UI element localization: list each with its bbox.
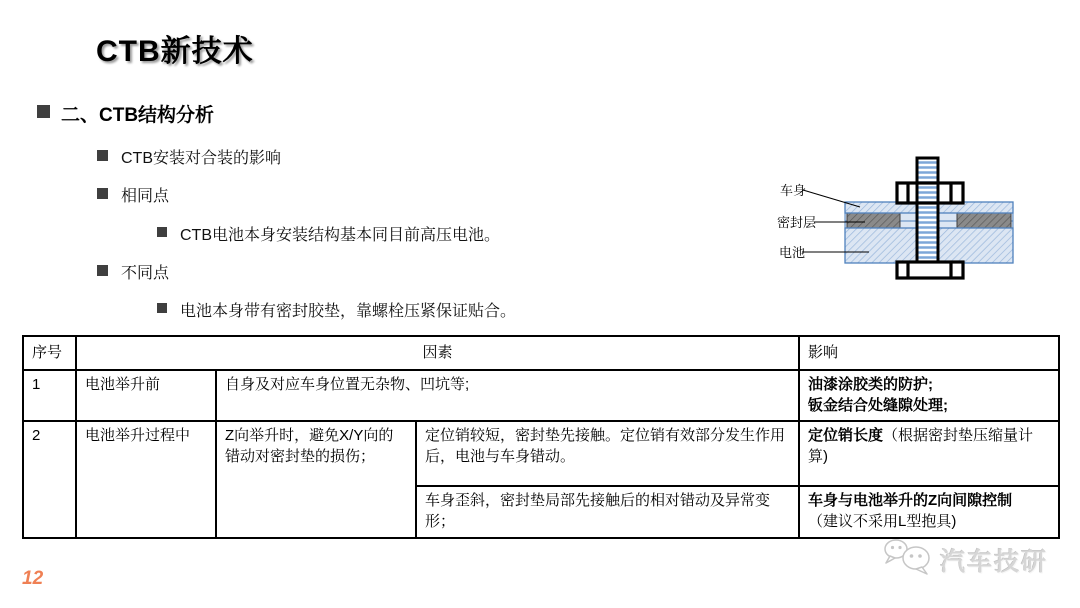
seal-strip-right [957,213,1011,228]
bullet-square-icon [97,150,108,161]
bullet-item: CTB安装对合装的影响 [97,145,281,168]
bullet-square-icon [157,303,167,313]
header-cell-factor: 因素 [76,336,799,370]
cell-row2-stage: 电池举升过程中 [76,421,216,538]
label-seal-layer: 密封层 [777,215,816,230]
section-heading: 二、CTB结构分析 [61,100,214,127]
bullet-item: 不同点 [97,260,169,283]
impact-bold: 车身与电池举升的Z向间隙控制 [808,491,1050,512]
impact-line: 油漆涂胶类的防护; [808,375,1050,396]
label-battery: 电池 [779,245,805,260]
ctb-bolt-seal-diagram: 车身 密封层 电池 [770,145,1022,285]
bullet-item: 电池本身带有密封胶垫，靠螺栓压紧保证贴合。 [157,298,516,321]
label-car-body: 车身 [780,183,806,198]
bullet-text: CTB安装对合装的影响 [121,145,281,168]
bullet-text: 电池本身带有密封胶垫，靠螺栓压紧保证贴合。 [180,298,516,321]
bullet-square-icon [97,265,108,276]
wechat-logo-icon [882,538,934,578]
cell-row2-sub2-factor: 车身歪斜，密封垫局部先接触后的相对错动及异常变形； [416,486,799,538]
section-heading-item: 二、CTB结构分析 [37,100,214,127]
cell-row1-factor: 自身及对应车身位置无杂物、凹坑等; [216,370,799,421]
impact-bold: 定位销长度 [808,427,883,444]
watermark: 汽车技研 [882,538,1048,578]
bolt-shaft [917,158,938,262]
bullet-text: CTB电池本身安装结构基本同目前高压电池。 [180,222,500,245]
cell-row2-requirement: Z向举升时，避免X/Y向的错动对密封垫的损伤； [216,421,416,538]
cell-row2-no: 2 [23,421,76,538]
table-row: 2 电池举升过程中 Z向举升时，避免X/Y向的错动对密封垫的损伤； 定位销较短，… [23,421,1059,486]
header-cell-no: 序号 [23,336,76,370]
bullet-text: 相同点 [121,183,169,206]
table-row: 1 电池举升前 自身及对应车身位置无杂物、凹坑等; 油漆涂胶类的防护; 钣金结合… [23,370,1059,421]
cell-row2-sub1-factor: 定位销较短，密封垫先接触。定位销有效部分发生作用后，电池与车身错动。 [416,421,799,486]
bullet-square-icon [37,105,50,118]
slide-title: CTB新技术 [96,26,254,70]
leader-line-car-body [803,190,860,207]
bullet-item: 相同点 [97,183,169,206]
bullet-text: 不同点 [121,260,169,283]
cell-row2-sub2-impact: 车身与电池举升的Z向间隙控制 （建议不采用L型抱具) [799,486,1059,538]
bullet-square-icon [157,227,167,237]
cell-row1-stage: 电池举升前 [76,370,216,421]
seal-strip-left [847,213,900,228]
cell-row2-sub1-impact: 定位销长度（根据密封垫压缩量计算) [799,421,1059,486]
structure-analysis-table: 序号 因素 影响 1 电池举升前 自身及对应车身位置无杂物、凹坑等; 油漆涂胶类… [22,335,1060,539]
page-number: 12 [22,568,43,590]
cell-row1-impact: 油漆涂胶类的防护; 钣金结合处缝隙处理; [799,370,1059,421]
impact-line: 钣金结合处缝隙处理; [808,396,1050,417]
impact-rest: （建议不采用L型抱具) [808,512,1050,533]
table-header-row: 序号 因素 影响 [23,336,1059,370]
cell-row1-no: 1 [23,370,76,421]
bullet-square-icon [97,188,108,199]
bullet-item: CTB电池本身安装结构基本同目前高压电池。 [157,222,500,245]
watermark-text: 汽车技研 [940,542,1048,578]
presentation-slide: CTB新技术 二、CTB结构分析 CTB安装对合装的影响 相同点 CTB电池本身… [0,0,1080,608]
header-cell-impact: 影响 [799,336,1059,370]
